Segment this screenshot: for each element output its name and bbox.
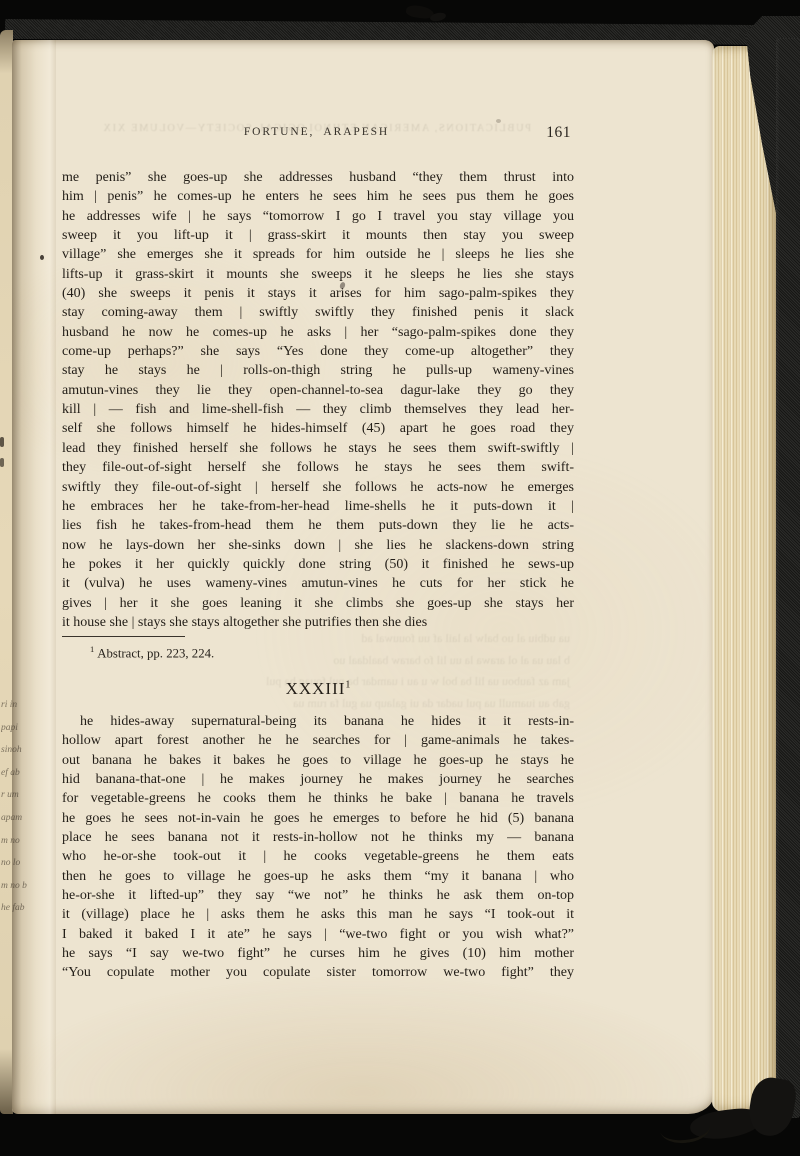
text-line: me penis” she goes-up she addresses husb… (62, 168, 574, 187)
text-line: he pokes it her quickly quickly done str… (62, 555, 574, 574)
facing-page-fragment: ef ab (1, 762, 39, 785)
text-line: husband he now he comes-up he asks | her… (62, 323, 574, 342)
facing-page-fragment: ri in (1, 694, 39, 717)
ink-speck (40, 255, 44, 260)
text-line: self she follows himself he hides-himsel… (62, 419, 574, 438)
text-line: who he-or-she took-out it | he cooks veg… (62, 847, 574, 866)
text-line: come-up perhaps?” she says “Yes done the… (62, 342, 574, 361)
text-line: then he goes to village he goes-up he as… (62, 867, 574, 886)
facing-page-fragment: papi (1, 717, 39, 740)
facing-page-fragment: m no (1, 830, 39, 853)
text-line: lifts-up it grass-skirt it mounts she sw… (62, 265, 574, 284)
facing-page-fragment: sinoh (1, 739, 39, 762)
text-line: swiftly they file-out-of-sight | herself… (62, 478, 574, 497)
text-line: he-or-she it lifted-up” they say “we not… (62, 886, 574, 905)
text-line: lies fish he takes-from-head them he the… (62, 516, 574, 535)
text-line: it house she | stays she stays altogethe… (62, 613, 574, 632)
facing-page-fragment: apam (1, 807, 39, 830)
text-line: him | penis” he comes-up he enters he se… (62, 187, 574, 206)
text-line: he hides-away supernatural-being its ban… (62, 712, 574, 731)
text-line: village” she emerges she it spreads for … (62, 245, 574, 264)
text-line: it (village) place he | asks them he ask… (62, 905, 574, 924)
facing-page-fragment: r um (1, 784, 39, 807)
facing-page-fragment-mark (0, 458, 4, 467)
footnote-marker: 1 (90, 644, 94, 654)
section-number: XXXIII (286, 679, 346, 698)
text-line: he addresses wife | he says “tomorrow I … (62, 207, 574, 226)
text-line: gives | her it she goes leaning it she c… (62, 594, 574, 613)
text-line: amutun-vines they lie they open-channel-… (62, 381, 574, 400)
footnote: 1Abstract, pp. 223, 224. (90, 644, 214, 661)
text-line: he embraces her he take-from-her-head li… (62, 497, 574, 516)
text-line: he says “I say we-two fight” he curses h… (62, 944, 574, 963)
footnote-rule (62, 636, 185, 637)
text-line: he goes he sees not-in-vain he goes he e… (62, 809, 574, 828)
text-line: stay he stays he | rolls-on-thigh string… (62, 361, 574, 380)
text-line: kill | — fish and lime-shell-fish — they… (62, 400, 574, 419)
cover-loose-thread (658, 1110, 712, 1146)
facing-page-fragment: he fab (1, 897, 39, 920)
page-header: FORTUNE, ARAPESH 161 (62, 126, 571, 146)
text-line: out banana he bakes it bakes he goes to … (62, 751, 574, 770)
footnote-text: Abstract, pp. 223, 224. (97, 646, 214, 660)
running-title: FORTUNE, ARAPESH (62, 126, 571, 138)
book-cover-right-edge (776, 38, 800, 1118)
section-heading: XXXIII1 (62, 679, 574, 699)
text-line: lead they finished herself she follows h… (62, 439, 574, 458)
text-line: stay coming-away them | swiftly swiftly … (62, 303, 574, 322)
text-line: it (vulva) he uses wameny-vines amutun-v… (62, 574, 574, 593)
paragraph-2: he hides-away supernatural-being its ban… (62, 712, 574, 983)
text-line: (40) she sweeps it penis it stays it ari… (62, 284, 574, 303)
facing-page-fragment: no lo (1, 852, 39, 875)
dust-speck (496, 119, 501, 123)
text-line: sweep it you lift-up it | grass-skirt it… (62, 226, 574, 245)
page-stack-edges (712, 46, 776, 1112)
text-line: place he sees banana not it rests-in-hol… (62, 828, 574, 847)
text-line: “You copulate mother you copulate sister… (62, 963, 574, 982)
text-line: they file-out-of-sight herself she follo… (62, 458, 574, 477)
section-footnote-marker: 1 (345, 679, 350, 690)
text-line: I baked it baked I it ate” he says | “we… (62, 925, 574, 944)
paragraph-1: me penis” she goes-up she addresses husb… (62, 168, 574, 632)
book-scan-scene: ri in papi sinoh ef ab r um apam m no no… (0, 0, 800, 1156)
page-number: 161 (546, 124, 571, 142)
text-line: now he lays-down her she-sinks down | sh… (62, 536, 574, 555)
text-line: hollow apart forest another he he search… (62, 731, 574, 750)
text-line: hid banana-that-one | he makes journey h… (62, 770, 574, 789)
facing-page-text-fragments: ri in papi sinoh ef ab r um apam m no no… (1, 694, 39, 920)
text-line: for vegetable-greens he cooks them he th… (62, 789, 574, 808)
facing-page-fragment: m no b (1, 875, 39, 898)
facing-page-fragment-mark (0, 437, 4, 447)
